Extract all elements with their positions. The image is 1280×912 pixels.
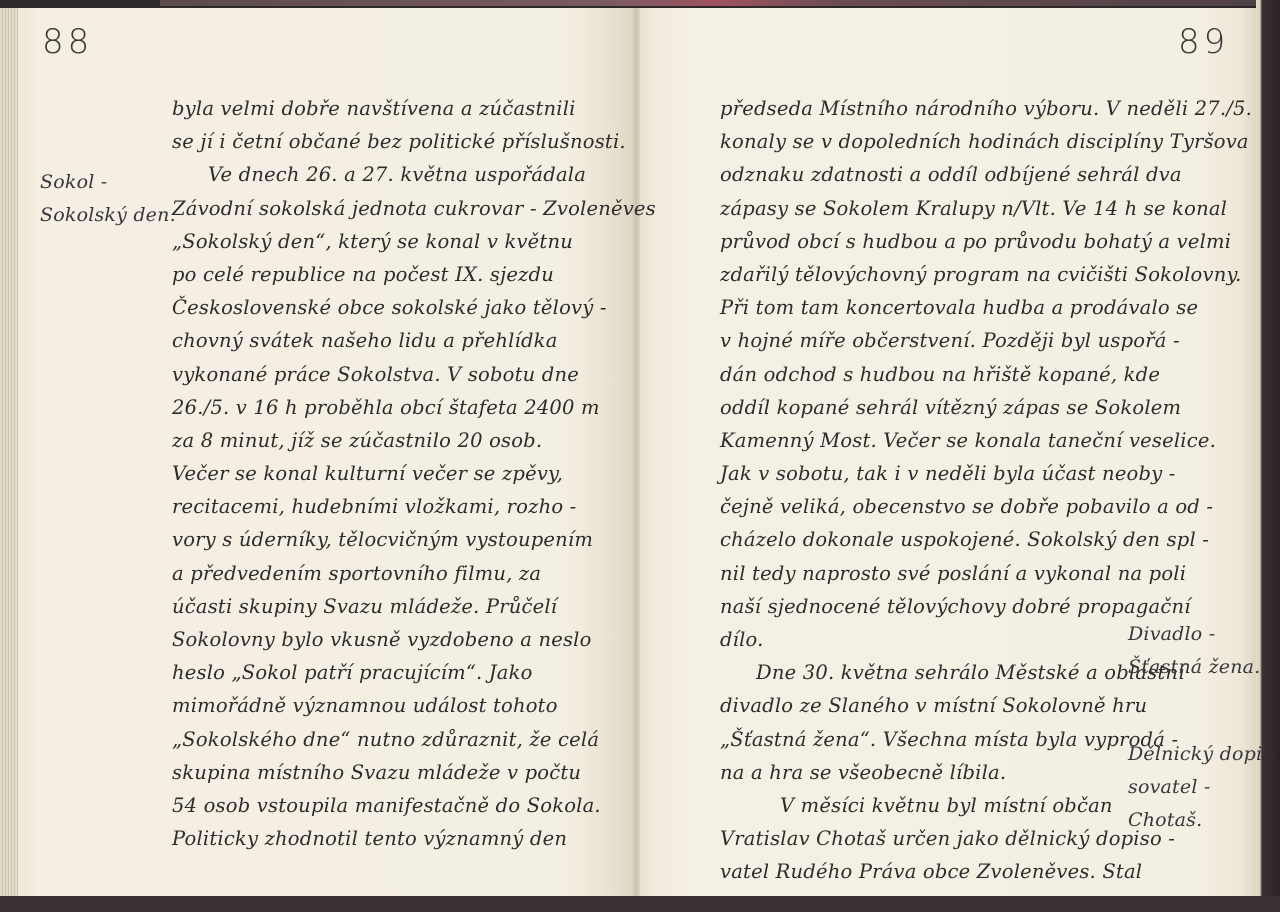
text-line: mimořádně významnou událost tohoto — [172, 689, 656, 722]
page-number-left: 88 — [42, 22, 93, 62]
text-line: účasti skupiny Svazu mládeže. Průčelí — [172, 590, 656, 623]
text-line: nil tedy naprosto své poslání a vykonal … — [720, 557, 1252, 590]
text-line: vory s úderníky, tělocvičným vystoupením — [172, 523, 656, 556]
margin-note-line: Dělnický dopi - — [1128, 738, 1275, 771]
text-line: 54 osob vstoupila manifestačně do Sokola… — [172, 789, 656, 822]
text-line: zápasy se Sokolem Kralupy n/Vlt. Ve 14 h… — [720, 192, 1252, 225]
text-line: po celé republice na počest IX. sjezdu — [172, 258, 656, 291]
text-line: Závodní sokolská jednota cukrovar - Zvol… — [172, 192, 656, 225]
text-line: se jí i četní občané bez politické přísl… — [172, 125, 656, 158]
text-line: a předvedením sportovního filmu, za — [172, 557, 656, 590]
margin-note-line: Šťastná žena. — [1128, 651, 1260, 684]
text-line: čejně veliká, obecenstvo se dobře pobavi… — [720, 490, 1252, 523]
text-line: odznaku zdatnosti a oddíl odbíjené sehrá… — [720, 158, 1252, 191]
text-line: Československé obce sokolské jako tělový… — [172, 291, 656, 324]
text-line: dán odchod s hudbou na hřiště kopané, kd… — [720, 358, 1252, 391]
text-line: Jak v sobotu, tak i v neděli byla účast … — [720, 457, 1252, 490]
text-line: recitacemi, hudebními vložkami, rozho - — [172, 490, 656, 523]
margin-note-line: Sokolský den. — [40, 199, 176, 232]
margin-note-line: Chotaš. — [1128, 804, 1275, 837]
text-line: heslo „Sokol patří pracujícím“. Jako — [172, 656, 656, 689]
text-line: divadlo ze Slaného v místní Sokolovně hr… — [720, 689, 1252, 722]
text-line: konaly se v dopoledních hodinách discipl… — [720, 125, 1252, 158]
margin-note-line: Sokol - — [40, 166, 176, 199]
text-line: skupina místního Svazu mládeže v počtu — [172, 756, 656, 789]
margin-note-line: Divadlo - — [1128, 618, 1260, 651]
margin-note-line: sovatel - — [1128, 771, 1275, 804]
paragraph-start-line: Ve dnech 26. a 27. května uspořádala — [172, 158, 656, 191]
text-line: vykonané práce Sokolstva. V sobotu dne — [172, 358, 656, 391]
text-line: Sokolovny bylo vkusně vyzdobeno a neslo — [172, 623, 656, 656]
text-line: 26./5. v 16 h proběhla obcí štafeta 2400… — [172, 391, 656, 424]
margin-note-divadlo: Divadlo - Šťastná žena. — [1128, 618, 1260, 684]
text-line: „Sokolského dne“ nutno zdůraznit, že cel… — [172, 723, 656, 756]
book-cover-bottom-edge — [0, 896, 1280, 912]
text-line: chovný svátek našeho lidu a přehlídka — [172, 324, 656, 357]
text-line: zdařilý tělovýchovný program na cvičišti… — [720, 258, 1252, 291]
margin-note-sokol: Sokol - Sokolský den. — [40, 166, 176, 232]
page-number-right: 89 — [1178, 22, 1229, 62]
margin-note-dopisovatel: Dělnický dopi - sovatel - Chotaš. — [1128, 738, 1275, 837]
text-line: průvod obcí s hudbou a po průvodu bohatý… — [720, 225, 1252, 258]
text-line: „Sokolský den“, který se konal v květnu — [172, 225, 656, 258]
left-page-stack-edges — [0, 8, 18, 898]
text-line: Kamenný Most. Večer se konala taneční ve… — [720, 424, 1252, 457]
text-line: v hojné míře občerstvení. Později byl us… — [720, 324, 1252, 357]
text-line: byla velmi dobře navštívena a zúčastnili — [172, 92, 656, 125]
text-line: předseda Místního národního výboru. V ne… — [720, 92, 1252, 125]
text-line: Politicky zhodnotil tento významný den — [172, 822, 656, 855]
open-book: 88 89 Sokol - Sokolský den. byla velmi d… — [0, 0, 1280, 912]
text-line: za 8 minut, jíž se zúčastnilo 20 osob. — [172, 424, 656, 457]
text-line: vatel Rudého Práva obce Zvoleněves. Stal — [720, 855, 1252, 888]
text-line: cházelo dokonale uspokojené. Sokolský de… — [720, 523, 1252, 556]
text-line: oddíl kopané sehrál vítězný zápas se Sok… — [720, 391, 1252, 424]
left-page-text: byla velmi dobře navštívena a zúčastnili… — [172, 92, 656, 855]
text-line: Při tom tam koncertovala hudba a prodáva… — [720, 291, 1252, 324]
book-cover-top-edge — [160, 0, 1280, 6]
text-line: Večer se konal kulturní večer se zpěvy, — [172, 457, 656, 490]
